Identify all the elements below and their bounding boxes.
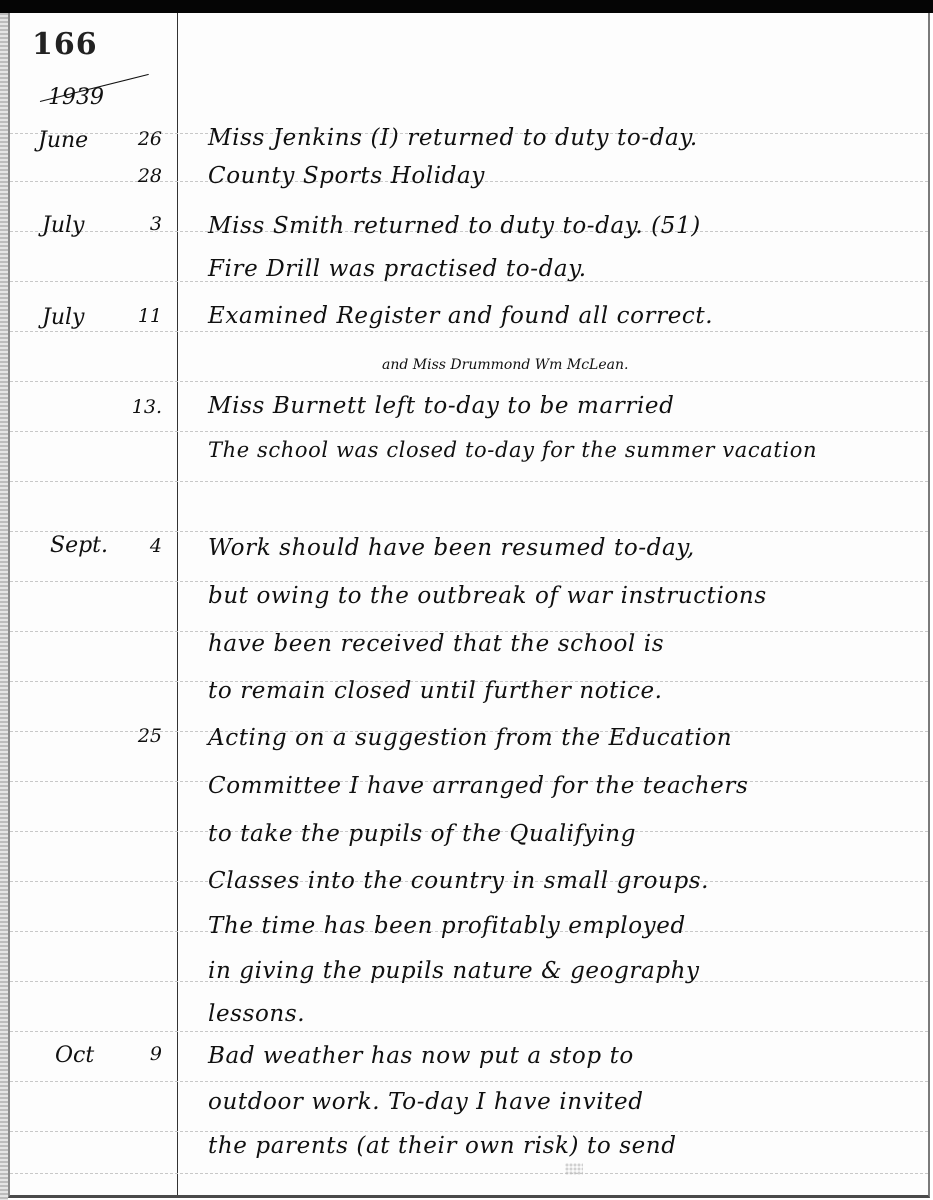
- ruled-line: [10, 1173, 928, 1174]
- ruled-line: [10, 531, 928, 532]
- ruled-line: [10, 581, 928, 582]
- entry-text-line: Acting on a suggestion from the Educatio…: [208, 725, 732, 751]
- entry-text-line: County Sports Holiday: [208, 163, 485, 189]
- ruled-line: [10, 381, 928, 382]
- entry-text-line: but owing to the outbreak of war instruc…: [208, 583, 767, 609]
- entry-date-month: July: [42, 305, 84, 330]
- page-number: 166: [32, 27, 98, 62]
- entry-text-line: in giving the pupils nature & geography: [208, 958, 700, 984]
- entry-date-month: Oct: [55, 1043, 94, 1068]
- entry-date-day: 13.: [122, 396, 162, 418]
- entry-text-line: Miss Smith returned to duty to-day. (51): [208, 213, 701, 239]
- entry-date-day: 4: [122, 535, 162, 557]
- entry-text-line: Classes into the country in small groups…: [208, 868, 709, 894]
- entry-date-day: 11: [122, 305, 162, 327]
- entry-text-line: have been received that the school is: [208, 631, 664, 657]
- entry-date-day: 25: [122, 725, 162, 747]
- entry-text-line: Miss Burnett left to-day to be married: [208, 393, 674, 419]
- ruled-line: [10, 1031, 928, 1032]
- page-binding-edge: [0, 13, 8, 1200]
- entry-text-line: Committee I have arranged for the teache…: [208, 773, 748, 799]
- entry-text-line: the parents (at their own risk) to send: [208, 1133, 677, 1159]
- ink-smudge: [565, 1163, 583, 1175]
- entry-text-line: Bad weather has now put a stop to: [208, 1043, 634, 1069]
- ruled-line: [10, 481, 928, 482]
- entry-text-line: to remain closed until further notice.: [208, 678, 663, 704]
- logbook-page: 166 1939 June 26 Miss Jenkins (I) return…: [8, 13, 930, 1198]
- entry-date-month: June: [38, 128, 88, 153]
- entry-text-line: The time has been profitably employed: [208, 913, 686, 939]
- entry-text-line: outdoor work. To-day I have invited: [208, 1089, 644, 1115]
- entry-text-line: to take the pupils of the Qualifying: [208, 821, 636, 847]
- entry-text-line: Examined Register and found all correct.: [208, 303, 713, 329]
- entry-insertion-note: and Miss Drummond Wm McLean.: [382, 357, 628, 373]
- entry-text-line: lessons.: [208, 1001, 305, 1027]
- entry-date-day: 26: [122, 128, 162, 150]
- ruled-line: [10, 431, 928, 432]
- entry-date-month: July: [42, 213, 84, 238]
- ruled-line: [10, 331, 928, 332]
- entry-date-month: Sept.: [50, 533, 108, 558]
- entry-text-line: Work should have been resumed to-day,: [208, 535, 695, 561]
- entry-text-line: The school was closed to-day for the sum…: [208, 438, 817, 462]
- scan-top-border: [0, 0, 933, 13]
- entry-date-day: 3: [122, 213, 162, 235]
- entry-date-day: 28: [122, 165, 162, 187]
- entry-text-line: Miss Jenkins (I) returned to duty to-day…: [208, 125, 698, 151]
- ruled-line: [10, 1131, 928, 1132]
- entry-date-day: 9: [122, 1043, 162, 1065]
- entry-text-line: Fire Drill was practised to-day.: [208, 256, 587, 282]
- ruled-line: [10, 1081, 928, 1082]
- date-margin-rule: [177, 13, 178, 1195]
